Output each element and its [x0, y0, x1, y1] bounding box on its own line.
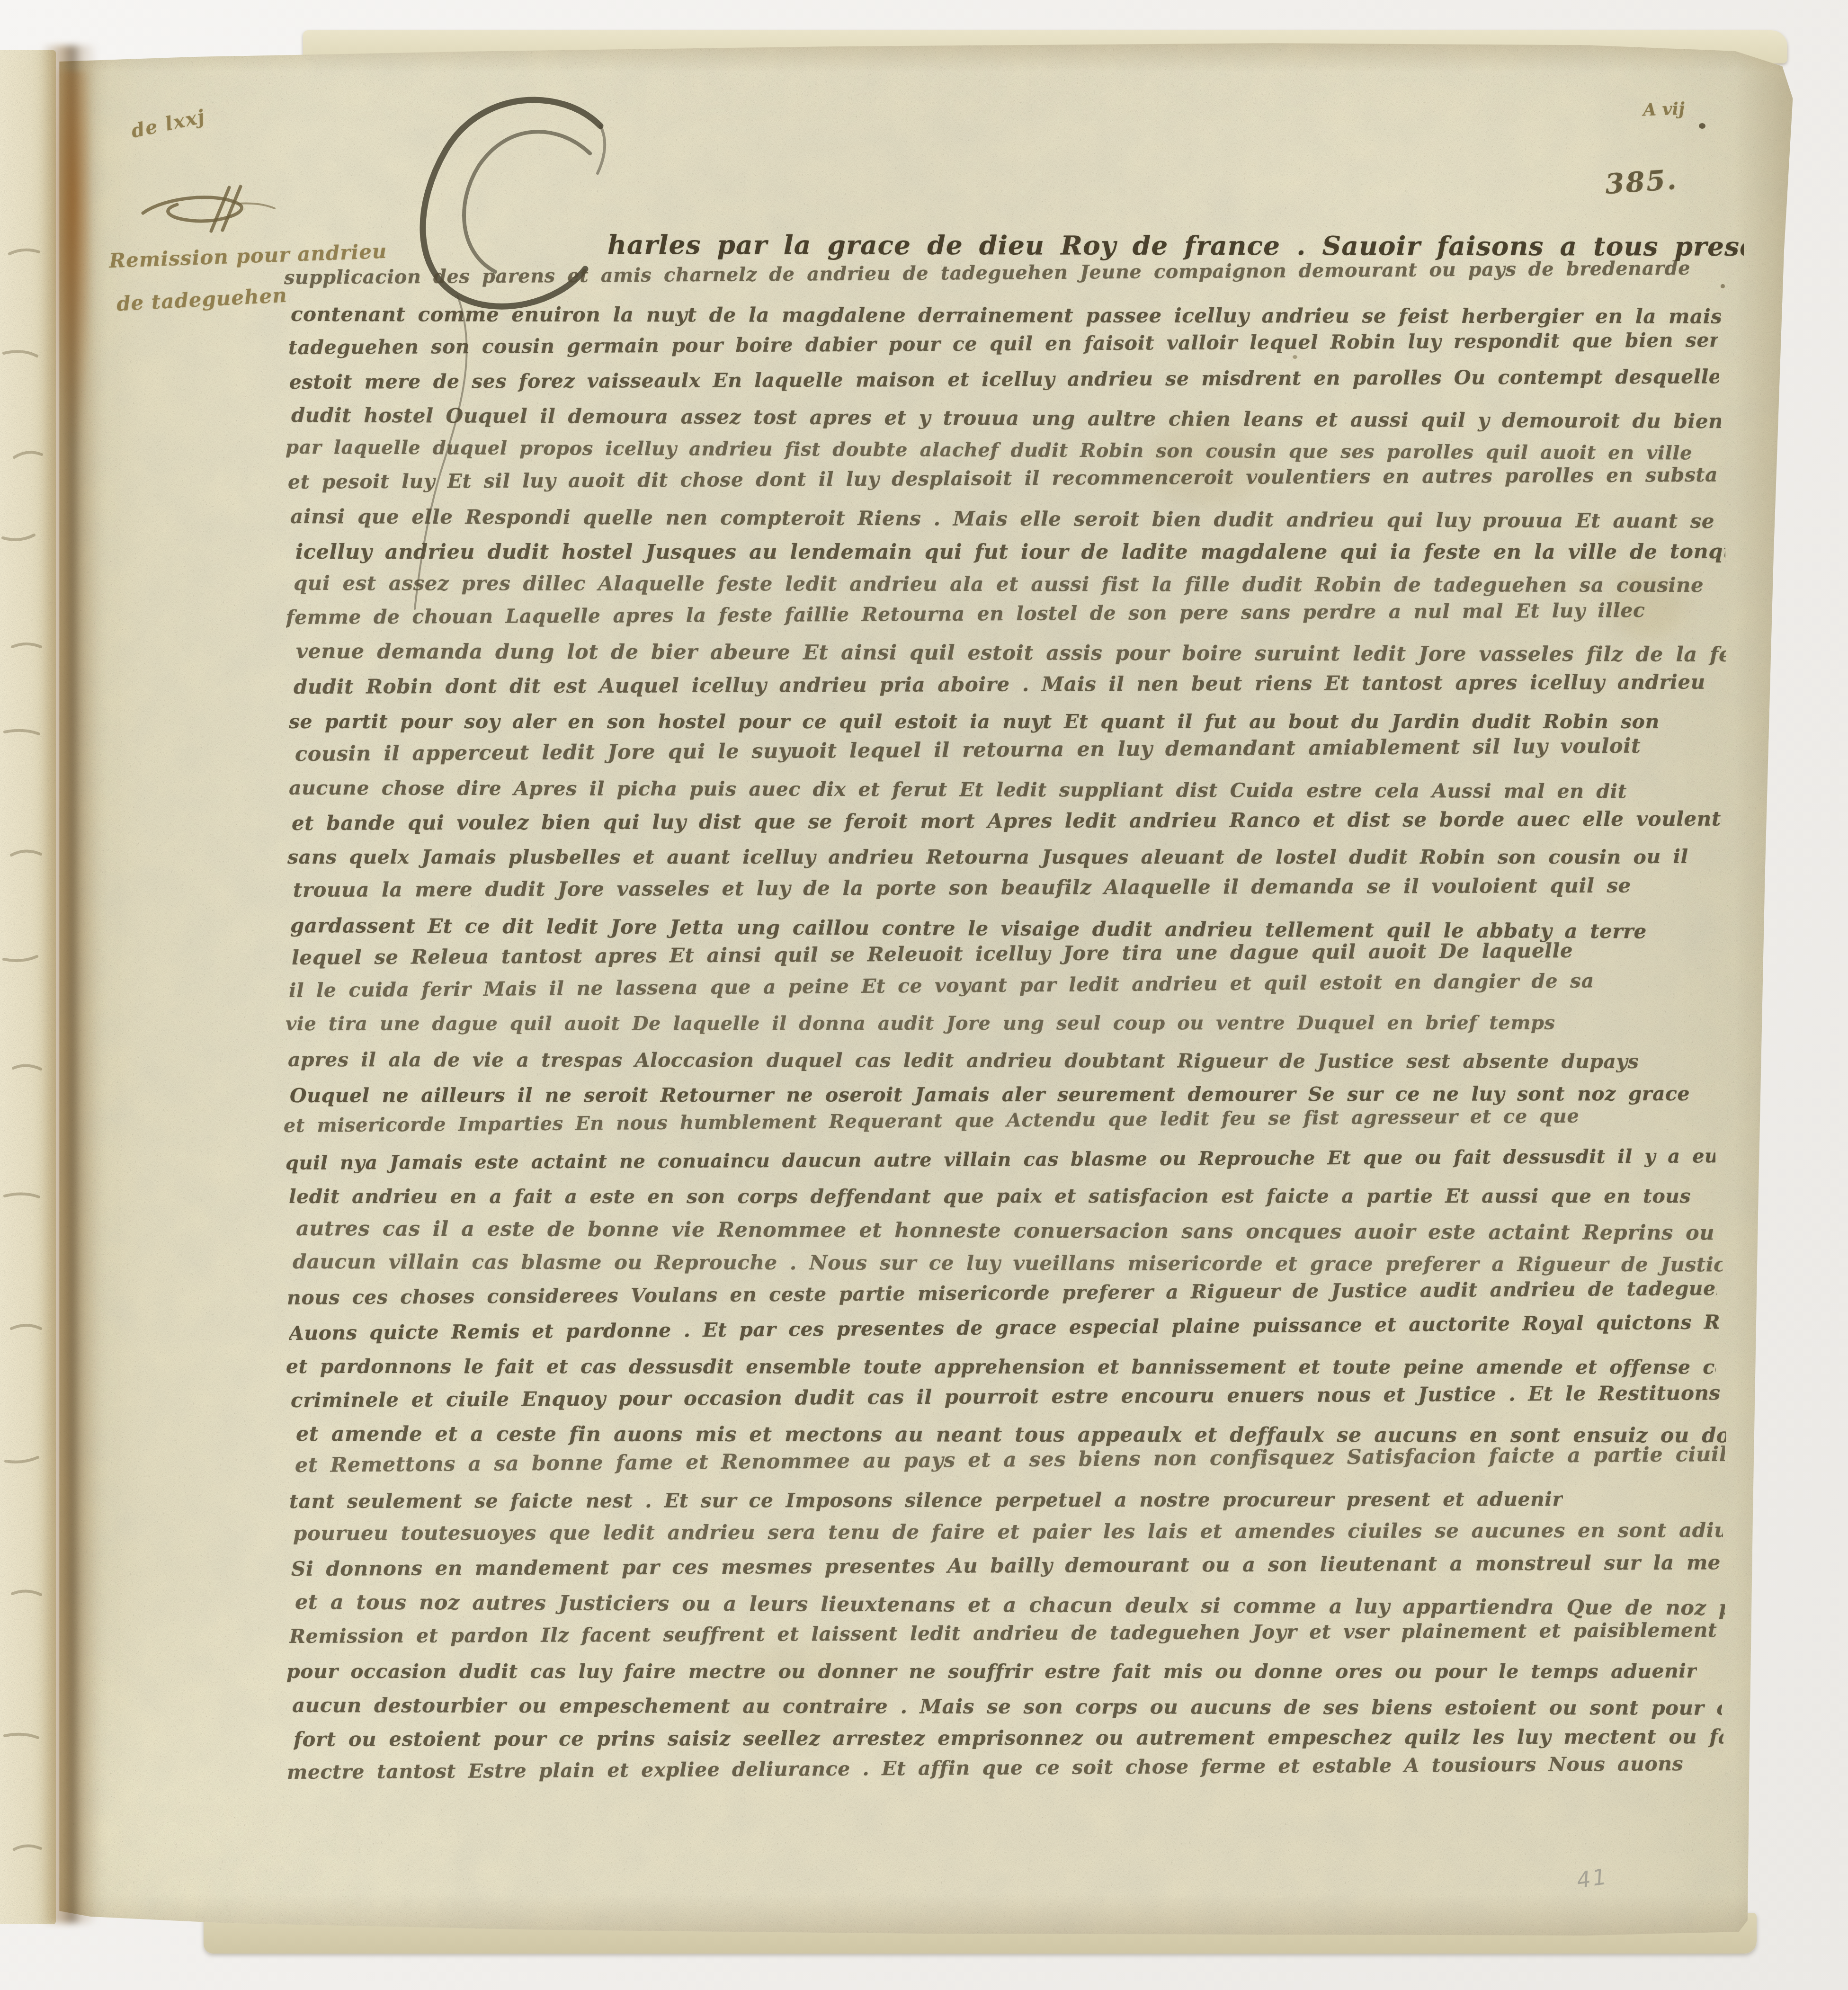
manuscript-text-line: supplicacion des parens et amis charnelz…: [284, 250, 1691, 296]
pencil-foliation: 41: [1575, 1864, 1610, 1893]
facing-page-sliver: [0, 50, 56, 1924]
manuscript-text-line: estoit mere de ses forez vaisseaulx En l…: [289, 358, 1719, 400]
manuscript-text-line: Remission et pardon Ilz facent seuffrent…: [289, 1612, 1719, 1654]
manuscript-text-line: vie tira une dague quil auoit De laquell…: [286, 1005, 1555, 1042]
manuscript-text-line: Si donnons en mandement par ces mesmes p…: [291, 1544, 1721, 1587]
text-block: harles par la grace de dieu Roy de franc…: [56, 42, 1794, 1936]
manuscript-text-line: trouua la mere dudit Jore vasseles et lu…: [293, 868, 1631, 908]
manuscript-text-line: ainsi que elle Respondi quelle nen compt…: [290, 499, 1720, 539]
manuscript-text-line: criminele et ciuile Enquoy pour occasion…: [291, 1375, 1721, 1419]
manuscript-text-line: femme de chouan Laquelle apres la feste …: [286, 592, 1645, 635]
manuscript-text-line: et bande qui voulez bien qui luy dist qu…: [292, 801, 1722, 841]
manuscript-text-line: ledit andrieu en a fait a este en son co…: [289, 1178, 1691, 1214]
manuscript-text-line: apres il ala de vie a trespas Aloccasion…: [288, 1042, 1639, 1080]
manuscript-photo: { "document": { "folio_number": "385.", …: [0, 0, 1848, 1990]
manuscript-text-line: dudit Robin dont dit est Auquel icelluy …: [294, 664, 1705, 705]
manuscript-text-line: cousin il apperceut ledit Jore qui le su…: [295, 728, 1641, 772]
facing-page-showthrough-strokes: [0, 50, 56, 1924]
manuscript-text-line: et pesoit luy Et sil luy auoit dit chose…: [288, 457, 1718, 500]
facing-sliver-grain: [0, 50, 56, 1924]
manuscript-text-line: quil nya Jamais este actaint ne conuainc…: [286, 1138, 1715, 1181]
parchment-page: A vij 385. de lxxj Remission pour andrie…: [56, 42, 1794, 1936]
manuscript-text-line: icelluy andrieu dudit hostel Jusques au …: [295, 534, 1725, 570]
manuscript-text-line: pour occasion dudit cas luy faire mectre…: [286, 1653, 1697, 1689]
